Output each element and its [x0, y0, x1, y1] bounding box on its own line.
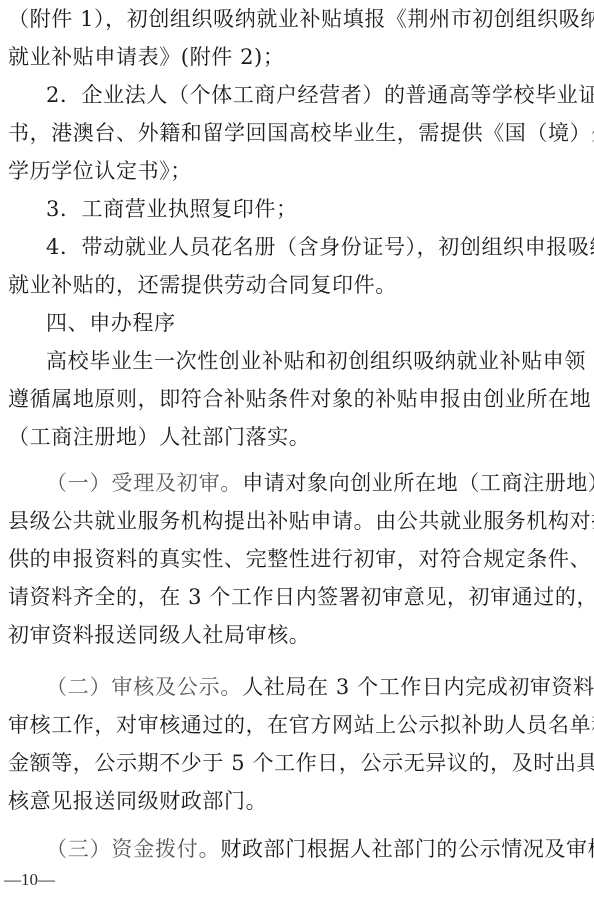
step-2-line: （二）审核及公示。人社局在 3 个工作日内完成初审资料的 [46, 668, 594, 706]
step-3-line: （三）资金拨付。财政部门根据人社部门的公示情况及审核 [46, 830, 594, 868]
section-heading: 四、申办程序 [46, 304, 594, 342]
document-page: （附件 1），初创组织吸纳就业补贴填报《荆州市初创组织吸纳 就业补贴申请表》(附… [0, 0, 594, 898]
list-item: 3．工商营业执照复印件； [46, 190, 594, 228]
text-line: （工商注册地）人社部门落实。 [8, 418, 588, 456]
text-line: 金额等，公示期不少于 5 个工作日，公示无异议的，及时出具审 [8, 744, 588, 782]
step-1-text: 申请对象向创业所在地（工商注册地） [242, 471, 594, 495]
step-1-line: （一）受理及初审。申请对象向创业所在地（工商注册地） [46, 464, 594, 502]
text-line: 审核工作，对审核通过的，在官方网站上公示拟补助人员名单和 [8, 706, 588, 744]
list-item: 2．企业法人（个体工商户经营者）的普通高等学校毕业证 [46, 76, 594, 114]
text-line: 书，港澳台、外籍和留学回国高校毕业生，需提供《国（境）外 [8, 114, 588, 152]
text-line: （附件 1），初创组织吸纳就业补贴填报《荆州市初创组织吸纳 [8, 0, 588, 38]
step-3-heading: （三）资金拨付。 [46, 837, 220, 861]
text-line: 供的申报资料的真实性、完整性进行初审，对符合规定条件、申 [8, 540, 588, 578]
step-3-text: 财政部门根据人社部门的公示情况及审核 [220, 837, 594, 861]
text-line: 核意见报送同级财政部门。 [8, 782, 588, 820]
step-2-text: 人社局在 3 个工作日内完成初审资料的 [242, 675, 594, 699]
list-item: 4．带动就业人员花名册（含身份证号），初创组织申报吸纳 [46, 228, 594, 266]
text-line: 遵循属地原则，即符合补贴条件对象的补贴申报由创业所在地 [8, 380, 588, 418]
step-1-heading: （一）受理及初审。 [46, 471, 242, 495]
text-line: 学历学位认定书》； [8, 152, 588, 190]
text-line: 初审资料报送同级人社局审核。 [8, 616, 588, 654]
text-line: 就业补贴申请表》(附件 2)； [8, 38, 588, 76]
paragraph-start: 高校毕业生一次性创业补贴和初创组织吸纳就业补贴申领 [46, 342, 594, 380]
page-number: —10— [4, 868, 55, 892]
text-line: 请资料齐全的，在 3 个工作日内签署初审意见，初审通过的，将 [8, 578, 588, 616]
text-line: 就业补贴的，还需提供劳动合同复印件。 [8, 266, 588, 304]
step-2-heading: （二）审核及公示。 [46, 675, 242, 699]
text-line: 县级公共就业服务机构提出补贴申请。由公共就业服务机构对提 [8, 502, 588, 540]
